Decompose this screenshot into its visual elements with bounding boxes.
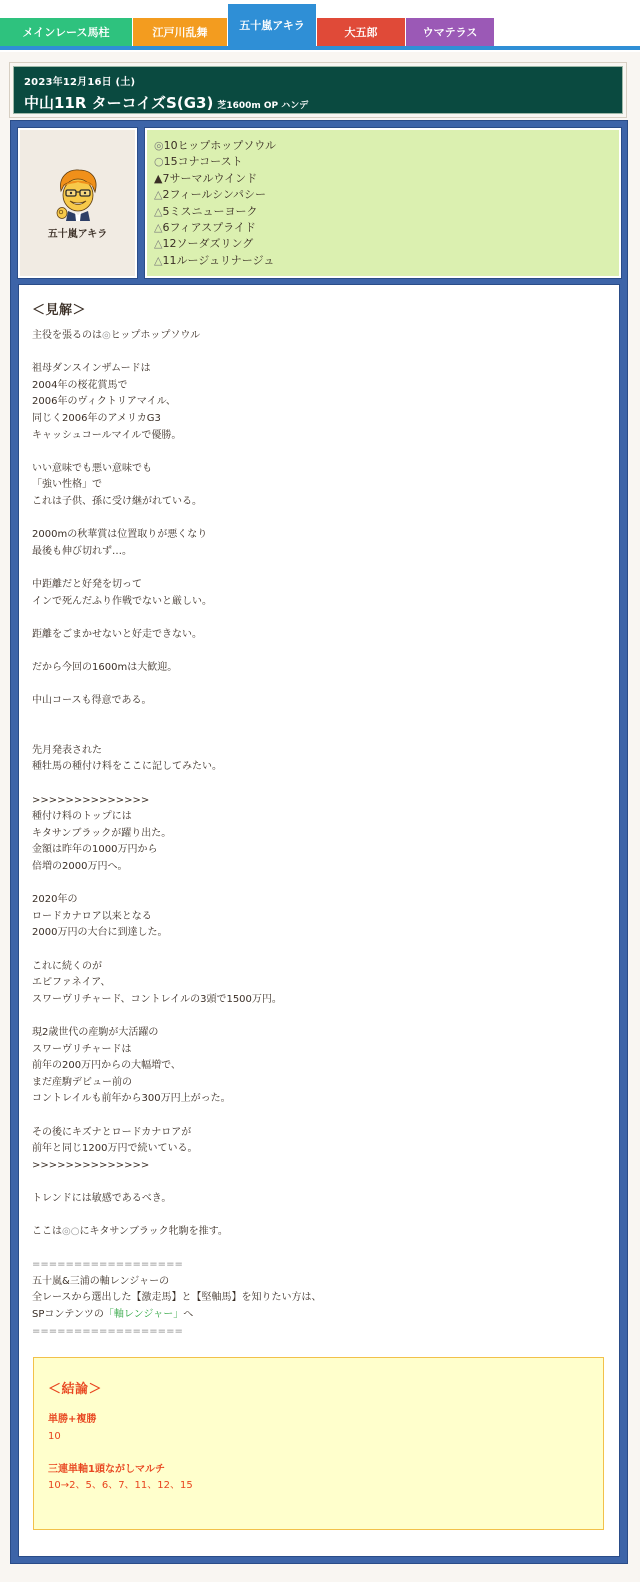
pick-horse: 12ソーダズリング — [162, 237, 253, 250]
tab-bar: メインレース馬柱江戸川乱舞五十嵐アキラ大五郎ウマテラス — [0, 0, 640, 52]
analysis-line — [32, 726, 619, 743]
analysis-line: 五十嵐&三浦の軸レンジャーの — [32, 1274, 619, 1291]
analysis-line: これは子供、孫に受け継がれている。 — [32, 494, 619, 511]
bet-value-win-place: 10 — [48, 1429, 603, 1446]
sp-prefix: SPコンテンツの — [32, 1309, 104, 1320]
pick-item: ○15コナコースト — [154, 154, 619, 170]
race-conditions: 芝1600m OP ハンデ — [217, 98, 308, 111]
analysis-line: 最後も伸び切れず…。 — [32, 544, 619, 561]
analysis-heading: ＜見解＞ — [32, 299, 619, 318]
pick-horse: 6フィアスプライド — [162, 221, 255, 234]
analysis-line: 種付け料のトップには — [32, 809, 619, 826]
analysis-line — [32, 511, 619, 528]
analysis-line: 2004年の桜花賞馬で — [32, 378, 619, 395]
analysis-line: ロードカナロア以来となる — [32, 909, 619, 926]
bet-label-win-place: 単勝+複勝 — [48, 1412, 603, 1429]
closing-separator: ================== — [32, 1324, 619, 1341]
analysis-line: ================== — [32, 1257, 619, 1274]
pick-item: △5ミスニューヨーク — [154, 204, 619, 220]
pick-item: ▲7サーマルウインド — [154, 171, 619, 187]
axis-ranger-link[interactable]: 「軸レンジャー」 — [104, 1309, 183, 1320]
analysis-line — [32, 1108, 619, 1125]
bet-label-trifecta: 三連単軸1頭ながしマルチ — [48, 1462, 603, 1479]
pick-horse: 7サーマルウインド — [162, 172, 257, 185]
analysis-line: 金額は昨年の1000万円から — [32, 842, 619, 859]
pick-horse: 5ミスニューヨーク — [162, 205, 257, 218]
pick-item: △11ルージュリナージュ — [154, 253, 619, 269]
race-title-row: 中山11R ターコイズS(G3) 芝1600m OP ハンデ — [24, 92, 612, 113]
analysis-line: 2000mの秋華賞は位置取りが悪くなり — [32, 527, 619, 544]
pick-item: △12ソーダズリング — [154, 236, 619, 252]
tab-4[interactable]: ウマテラス — [406, 18, 494, 46]
analysis-line: 中距離だと好発を切って — [32, 577, 619, 594]
analysis-line: 同じく2006年のアメリカG3 — [32, 411, 619, 428]
analysis-line: 2006年のヴィクトリアマイル、 — [32, 394, 619, 411]
sp-content-line: SPコンテンツの「軸レンジャー」へ — [32, 1307, 619, 1324]
pick-horse: 15コナコースト — [164, 155, 243, 168]
analysis-line: 種牡馬の種付け料をここに記してみたい。 — [32, 759, 619, 776]
pick-horse: 2フィールシンパシー — [162, 188, 266, 201]
analysis-line: これに続くのが — [32, 959, 619, 976]
tab-1[interactable]: 江戸川乱舞 — [133, 18, 227, 46]
analysis-line: エピファネイア、 — [32, 975, 619, 992]
sp-suffix: へ — [183, 1309, 193, 1320]
analysis-line — [32, 942, 619, 959]
analysis-line: キャッシュコールマイルで優勝。 — [32, 428, 619, 445]
mark-symbol: ◎○ — [62, 1226, 79, 1237]
analysis-line: 現2歳世代の産駒が大活躍の — [32, 1025, 619, 1042]
analysis-line: だから今回の1600mは大歓迎。 — [32, 660, 619, 677]
analysis-line: 距離をごまかせないと好走できない。 — [32, 627, 619, 644]
caricature-avatar-icon — [54, 167, 102, 221]
pick-item: △6フィアスプライド — [154, 220, 619, 236]
bet-value-trifecta: 10→2、5、6、7、11、12、15 — [48, 1478, 603, 1495]
analysis-line — [32, 876, 619, 893]
analysis-line: まだ産駒デビュー前の — [32, 1075, 619, 1092]
predictor-name: 五十嵐アキラ — [48, 225, 108, 240]
prediction-frame: 五十嵐アキラ ◎10ヒップホップソウル○15コナコースト▲7サーマルウインド△2… — [10, 120, 628, 1564]
analysis-line: >>>>>>>>>>>>>> — [32, 793, 619, 810]
analysis-line: スワーヴリチャード、コントレイルの3頭で1500万円。 — [32, 992, 619, 1009]
analysis-line: 主役を張るのは◎ヒップホップソウル — [32, 328, 619, 345]
analysis-line: インで死んだふり作戦でないと厳しい。 — [32, 594, 619, 611]
analysis-line: >>>>>>>>>>>>>> — [32, 1158, 619, 1175]
analysis-body: ＜見解＞ 主役を張るのは◎ヒップホップソウル祖母ダンスインザムードは2004年の… — [18, 284, 620, 1557]
analysis-line: 「強い性格」で — [32, 477, 619, 494]
analysis-line: キタサンブラックが躍り出た。 — [32, 826, 619, 843]
analysis-line: トレンドには敏感であるべき。 — [32, 1191, 619, 1208]
analysis-line: 2020年の — [32, 892, 619, 909]
mark-symbol: ◎ — [102, 330, 111, 341]
analysis-line: 2000万円の大台に到達した。 — [32, 925, 619, 942]
race-header: 2023年12月16日 (土) 中山11R ターコイズS(G3) 芝1600m … — [9, 62, 627, 118]
analysis-line: スワーヴリチャードは — [32, 1042, 619, 1059]
predictor-profile: 五十嵐アキラ — [18, 128, 137, 278]
analysis-line — [32, 444, 619, 461]
analysis-line: いい意味でも悪い意味でも — [32, 461, 619, 478]
pick-horse: 11ルージュリナージュ — [162, 254, 274, 267]
pick-item: △2フィールシンパシー — [154, 187, 619, 203]
analysis-line — [32, 560, 619, 577]
tab-2[interactable]: 五十嵐アキラ — [228, 4, 316, 46]
pick-mark-icon: ◎ — [154, 139, 164, 152]
analysis-line: ここは◎○にキタサンブラック牝駒を推す。 — [32, 1224, 619, 1241]
analysis-line: 前年の200万円からの大幅増で、 — [32, 1058, 619, 1075]
analysis-line — [32, 710, 619, 727]
tab-0[interactable]: メインレース馬柱 — [0, 18, 132, 46]
race-header-inner: 2023年12月16日 (土) 中山11R ターコイズS(G3) 芝1600m … — [13, 66, 623, 114]
analysis-line: 全レースから選出した【激走馬】と【堅軸馬】を知りたい方は、 — [32, 1290, 619, 1307]
race-date: 2023年12月16日 (土) — [24, 73, 612, 88]
conclusion-heading: ＜結論＞ — [48, 1378, 603, 1397]
spacer — [48, 1445, 603, 1462]
analysis-line — [32, 1008, 619, 1025]
tab-bar-underline — [0, 46, 640, 52]
conclusion-box: ＜結論＞ 単勝+複勝 10 三連単軸1頭ながしマルチ 10→2、5、6、7、11… — [33, 1357, 604, 1530]
analysis-line: 中山コースも得意である。 — [32, 693, 619, 710]
picks-list: ◎10ヒップホップソウル○15コナコースト▲7サーマルウインド△2フィールシンパ… — [145, 128, 621, 278]
analysis-line — [32, 345, 619, 362]
analysis-line: 先月発表された — [32, 743, 619, 760]
pick-horse: 10ヒップホップソウル — [164, 139, 276, 152]
analysis-line — [32, 776, 619, 793]
analysis-line — [32, 1174, 619, 1191]
analysis-text: 主役を張るのは◎ヒップホップソウル祖母ダンスインザムードは2004年の桜花賞馬で… — [32, 328, 619, 1307]
analysis-line: コントレイルも前年から300万円上がった。 — [32, 1091, 619, 1108]
analysis-line — [32, 610, 619, 627]
analysis-line — [32, 676, 619, 693]
analysis-line: 前年と同じ1200万円で続いている。 — [32, 1141, 619, 1158]
pick-item: ◎10ヒップホップソウル — [154, 138, 619, 154]
analysis-line — [32, 1241, 619, 1258]
analysis-line: その後にキズナとロードカナロアが — [32, 1125, 619, 1142]
tab-3[interactable]: 大五郎 — [317, 18, 405, 46]
pick-mark-icon: ○ — [154, 155, 164, 168]
race-title: 中山11R ターコイズS(G3) — [24, 92, 213, 113]
analysis-line: 祖母ダンスインザムードは — [32, 361, 619, 378]
analysis-line — [32, 1207, 619, 1224]
analysis-line — [32, 643, 619, 660]
analysis-line: 倍増の2000万円へ。 — [32, 859, 619, 876]
